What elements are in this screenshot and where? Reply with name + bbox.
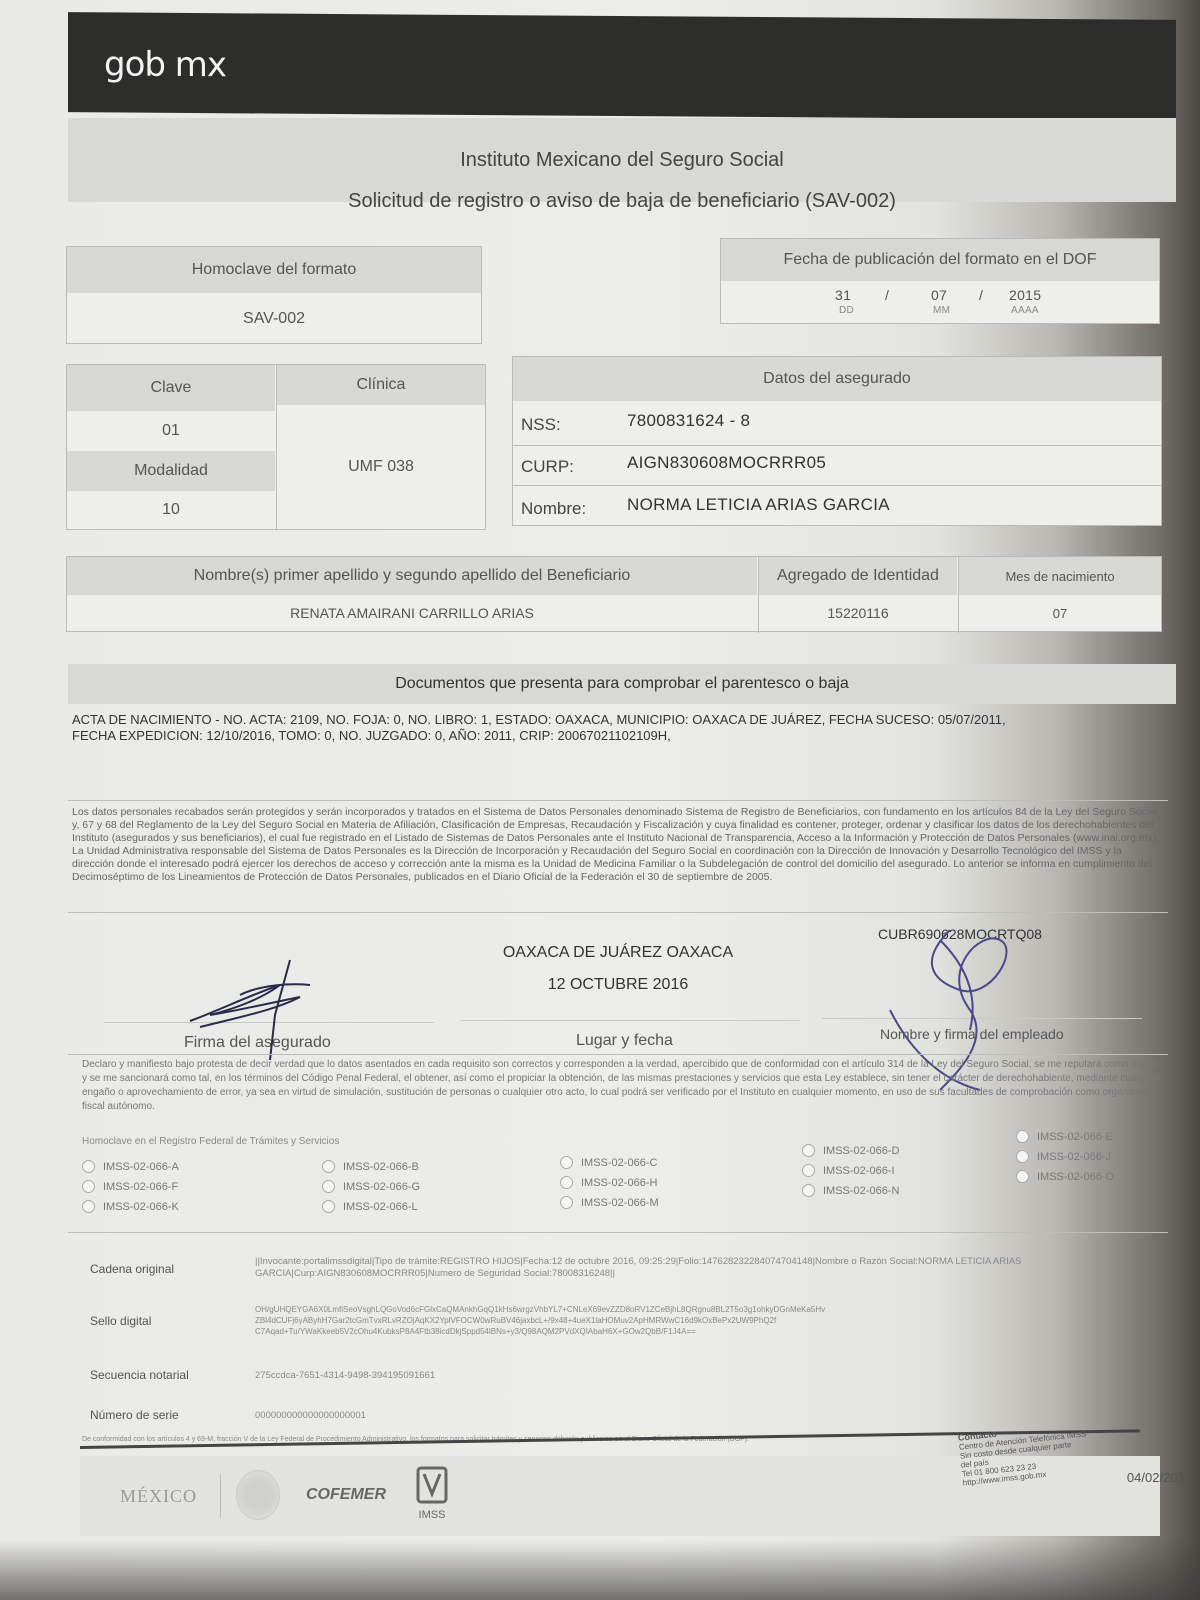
- documents-line-1: ACTA DE NACIMIENTO - NO. ACTA: 2109, NO.…: [72, 712, 1006, 727]
- radio-circle-icon[interactable]: [1016, 1130, 1029, 1143]
- documents-type: ACTA DE NACIMIENTO: [72, 712, 212, 727]
- registry-radio-imss-02-066-a[interactable]: IMSS-02-066-A: [82, 1160, 179, 1173]
- declaration-text: Declaro y manifiesto bajo protesta de de…: [82, 1058, 1162, 1114]
- date: 12 OCTUBRE 2016: [448, 976, 788, 994]
- national-seal-icon: [236, 1470, 280, 1520]
- pub-year-label: AAAA: [1011, 305, 1039, 316]
- birth-month-value: 07: [959, 595, 1161, 631]
- radio-circle-icon[interactable]: [322, 1200, 335, 1213]
- nss-value: 7800831624 - 8: [627, 411, 750, 431]
- radio-label: IMSS-02-066-N: [823, 1185, 899, 1197]
- beneficiary-table: Nombre(s) primer apellido y segundo apel…: [66, 556, 1162, 632]
- radio-label: IMSS-02-066-E: [1037, 1131, 1113, 1143]
- radio-label: IMSS-02-066-M: [581, 1197, 659, 1209]
- clinica-value: UMF 038: [277, 405, 485, 529]
- radio-label: IMSS-02-066-B: [343, 1161, 419, 1173]
- place: OAXACA DE JUÁREZ OAXACA: [448, 944, 788, 962]
- identity-value: 15220116: [759, 595, 957, 631]
- radio-circle-icon[interactable]: [1016, 1150, 1029, 1163]
- sello-label: Sello digital: [90, 1314, 151, 1328]
- serie-label: Número de serie: [90, 1408, 179, 1422]
- registry-radio-imss-02-066-m[interactable]: IMSS-02-066-M: [560, 1196, 659, 1209]
- document-page: gob mx Instituto Mexicano del Seguro Soc…: [0, 0, 1200, 1600]
- radio-label: IMSS-02-066-L: [343, 1201, 418, 1213]
- mexico-logo: MÉXICO: [120, 1486, 197, 1507]
- registry-title: Homoclave en el Registro Federal de Trám…: [82, 1136, 339, 1147]
- registry-radio-imss-02-066-l[interactable]: IMSS-02-066-L: [322, 1200, 418, 1213]
- pub-sep-2: /: [979, 287, 983, 303]
- radio-label: IMSS-02-066-A: [103, 1161, 179, 1173]
- gob-mx-header-bar: gob mx: [68, 12, 1176, 120]
- registry-options: IMSS-02-066-AIMSS-02-066-BIMSS-02-066-CI…: [82, 1152, 1172, 1222]
- cofemer-logo: COFEMER: [306, 1486, 386, 1504]
- documents-header: Documentos que presenta para comprobar e…: [68, 664, 1176, 704]
- radio-label: IMSS-02-066-D: [823, 1145, 899, 1157]
- curp-value: AIGN830608MOCRRR05: [627, 453, 826, 473]
- insured-title: Datos del asegurado: [513, 357, 1161, 401]
- pub-sep-1: /: [885, 287, 889, 303]
- registry-radio-imss-02-066-e[interactable]: IMSS-02-066-E: [1016, 1130, 1113, 1143]
- nss-label: NSS:: [521, 415, 561, 435]
- form-title: Solicitud de registro o aviso de baja de…: [68, 190, 1176, 213]
- registry-radio-imss-02-066-o[interactable]: IMSS-02-066-O: [1016, 1170, 1114, 1183]
- publication-date-label: Fecha de publicación del formato en el D…: [721, 239, 1159, 281]
- registry-radio-imss-02-066-b[interactable]: IMSS-02-066-B: [322, 1160, 419, 1173]
- sello-value: OH/gUHQEYGA6X0LmfiSeoVsghLQGoVod6cFGlxCa…: [255, 1304, 1155, 1337]
- registry-radio-imss-02-066-d[interactable]: IMSS-02-066-D: [802, 1144, 899, 1157]
- modalidad-label: Modalidad: [67, 451, 275, 491]
- radio-circle-icon[interactable]: [322, 1160, 335, 1173]
- print-date-code: 04/02/2016: [1127, 1470, 1192, 1485]
- radio-circle-icon[interactable]: [802, 1184, 815, 1197]
- place-date-label: Lugar y fecha: [576, 1032, 673, 1050]
- radio-circle-icon[interactable]: [560, 1156, 573, 1169]
- homoclave-box: Homoclave del formato SAV-002: [66, 246, 482, 344]
- curp-label: CURP:: [521, 457, 574, 477]
- secuencia-label: Secuencia notarial: [90, 1368, 189, 1382]
- clinic-box: Clave Clínica 01 Modalidad 10 UMF 038: [66, 364, 486, 530]
- registry-radio-imss-02-066-h[interactable]: IMSS-02-066-H: [560, 1176, 657, 1189]
- serie-value: 000000000000000000001: [255, 1410, 1155, 1422]
- insured-data-box: Datos del asegurado NSS: 7800831624 - 8 …: [512, 356, 1162, 526]
- registry-radio-imss-02-066-c[interactable]: IMSS-02-066-C: [560, 1156, 657, 1169]
- radio-label: IMSS-02-066-G: [343, 1181, 420, 1193]
- radio-circle-icon[interactable]: [82, 1180, 95, 1193]
- radio-circle-icon[interactable]: [802, 1164, 815, 1177]
- radio-label: IMSS-02-066-H: [581, 1177, 657, 1189]
- pub-month: 07: [931, 287, 947, 303]
- clave-value: 01: [67, 411, 275, 451]
- radio-circle-icon[interactable]: [82, 1160, 95, 1173]
- cadena-label: Cadena original: [90, 1262, 174, 1276]
- registry-radio-imss-02-066-g[interactable]: IMSS-02-066-G: [322, 1180, 420, 1193]
- publication-date-box: Fecha de publicación del formato en el D…: [720, 238, 1160, 324]
- beneficiary-name-value: RENATA AMAIRANI CARRILLO ARIAS: [67, 595, 757, 631]
- radio-label: IMSS-02-066-C: [581, 1157, 657, 1169]
- gob-mx-logo: gob mx: [104, 44, 226, 85]
- imss-logo: IMSS: [414, 1466, 450, 1522]
- pub-day-label: DD: [839, 305, 854, 316]
- publication-date-values: 31 / 07 / 2015 DD MM AAAA: [821, 287, 1141, 323]
- radio-label: IMSS-02-066-O: [1037, 1171, 1114, 1183]
- radio-label: IMSS-02-066-J: [1037, 1151, 1111, 1163]
- radio-circle-icon[interactable]: [82, 1200, 95, 1213]
- clave-label: Clave: [67, 365, 275, 411]
- radio-circle-icon[interactable]: [322, 1180, 335, 1193]
- cadena-value: ||Invocante:portalimssdigital|Tipo de tr…: [255, 1256, 1155, 1280]
- pub-year: 2015: [1009, 287, 1041, 303]
- radio-circle-icon[interactable]: [1016, 1170, 1029, 1183]
- insured-signature: [180, 955, 320, 1065]
- privacy-notice: Los datos personales recabados serán pro…: [72, 806, 1162, 884]
- name-label: Nombre:: [521, 499, 586, 519]
- homoclave-value: SAV-002: [67, 295, 481, 343]
- documents-line-2: FECHA EXPEDICION: 12/10/2016, TOMO: 0, N…: [72, 728, 671, 743]
- pub-day: 31: [835, 287, 851, 303]
- registry-radio-imss-02-066-i[interactable]: IMSS-02-066-I: [802, 1164, 895, 1177]
- name-value: NORMA LETICIA ARIAS GARCIA: [627, 495, 890, 515]
- radio-label: IMSS-02-066-K: [103, 1201, 179, 1213]
- registry-radio-imss-02-066-f[interactable]: IMSS-02-066-F: [82, 1180, 178, 1193]
- registry-radio-imss-02-066-j[interactable]: IMSS-02-066-J: [1016, 1150, 1111, 1163]
- registry-radio-imss-02-066-n[interactable]: IMSS-02-066-N: [802, 1184, 899, 1197]
- radio-circle-icon[interactable]: [802, 1144, 815, 1157]
- homoclave-label: Homoclave del formato: [67, 247, 481, 293]
- radio-label: IMSS-02-066-I: [823, 1165, 895, 1177]
- clinica-label: Clínica: [277, 365, 485, 405]
- institution-name: Instituto Mexicano del Seguro Social: [460, 149, 784, 172]
- birth-month-header: Mes de nacimiento: [959, 557, 1161, 595]
- pub-month-label: MM: [933, 305, 950, 316]
- radio-circle-icon[interactable]: [560, 1176, 573, 1189]
- modalidad-value: 10: [67, 491, 275, 529]
- beneficiary-name-header: Nombre(s) primer apellido y segundo apel…: [67, 557, 757, 595]
- documents-title: Documentos que presenta para comprobar e…: [395, 675, 849, 693]
- registry-radio-imss-02-066-k[interactable]: IMSS-02-066-K: [82, 1200, 179, 1213]
- identity-header: Agregado de Identidad: [759, 557, 957, 595]
- radio-label: IMSS-02-066-F: [103, 1181, 178, 1193]
- svg-text:IMSS: IMSS: [419, 1509, 446, 1521]
- secuencia-value: 275ccdca-7651-4314-9498-394195091661: [255, 1370, 1155, 1382]
- radio-circle-icon[interactable]: [560, 1196, 573, 1209]
